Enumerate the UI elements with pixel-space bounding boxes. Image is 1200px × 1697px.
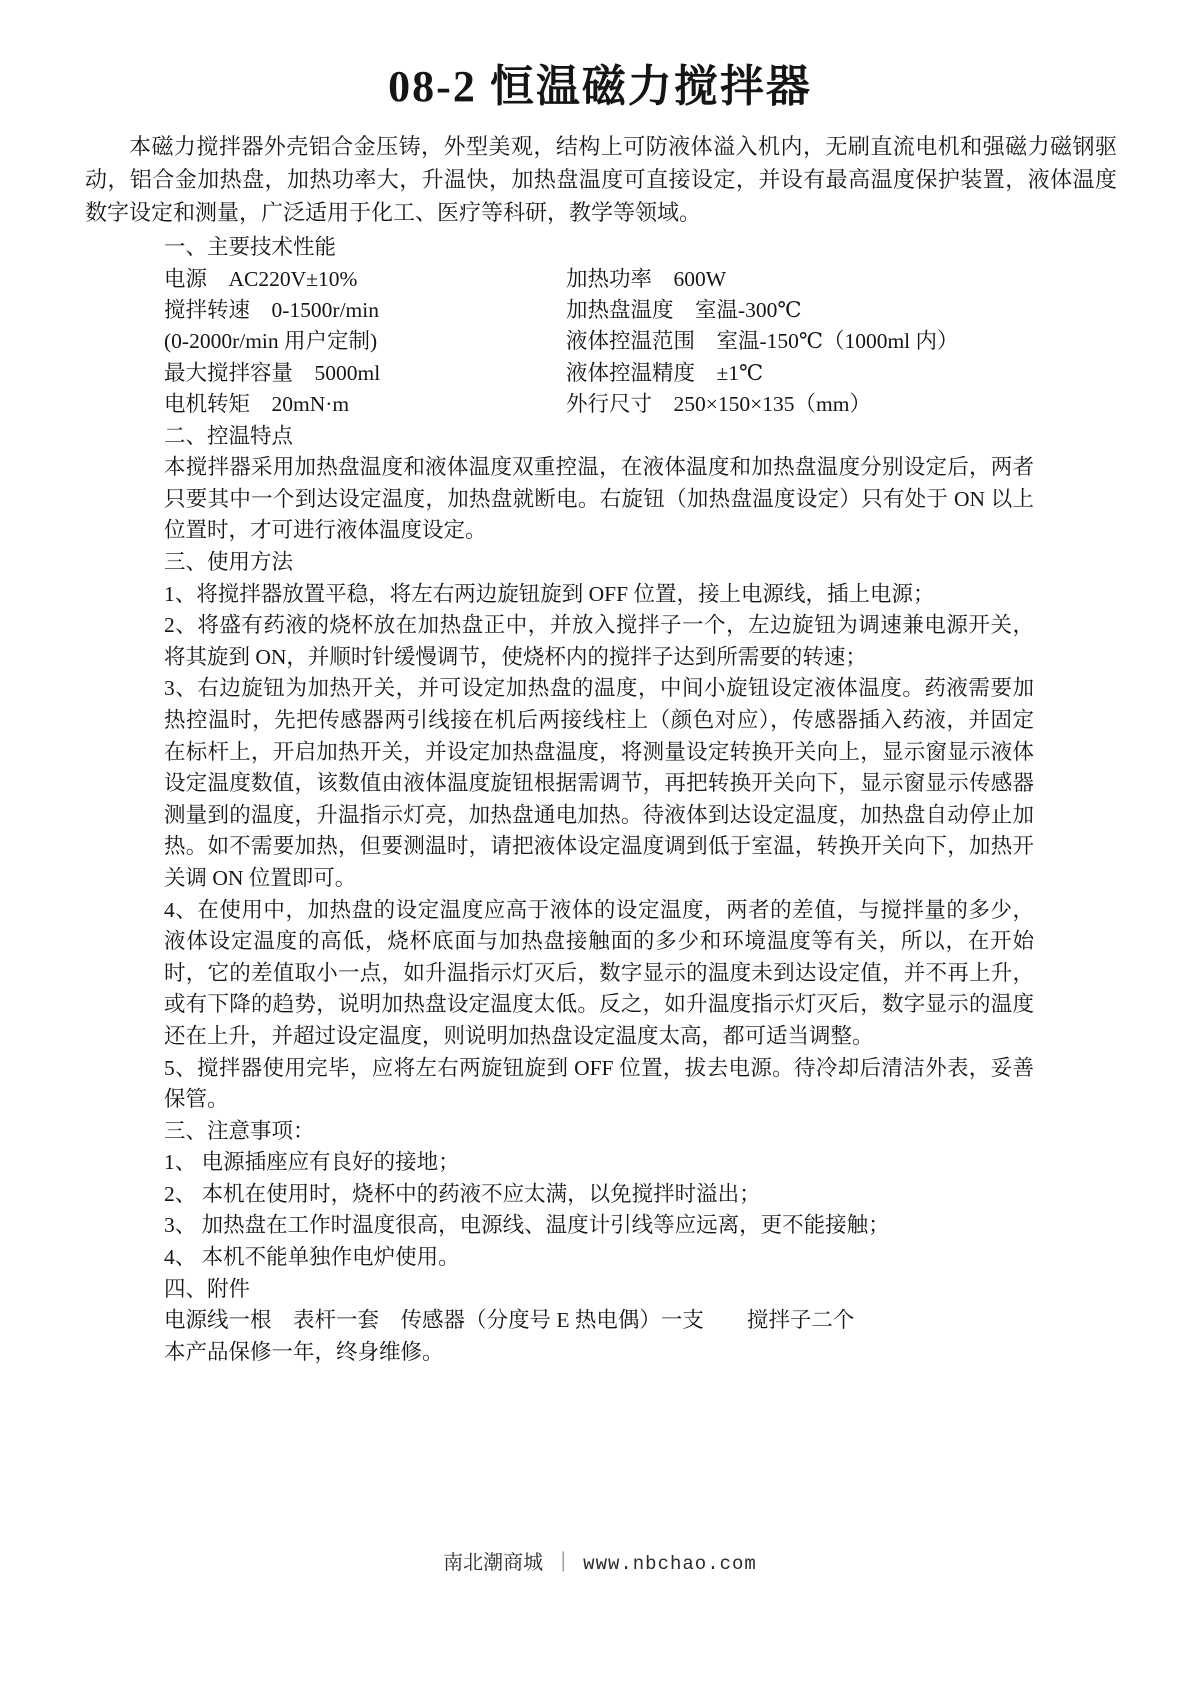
note-item: 1、 电源插座应有良好的接地； — [164, 1147, 1034, 1179]
document-body: 一、主要技术性能 电源 AC220V±10% 加热功率 600W 搅拌转速 0-… — [164, 232, 1034, 1368]
page-title: 08-2 恒温磁力搅拌器 — [0, 0, 1200, 116]
footer-watermark: 南北潮商城｜www.nbchao.com — [0, 1548, 1200, 1579]
note-item: 4、 本机不能单独作电炉使用。 — [164, 1242, 1034, 1274]
usage-item: 3、右边旋钮为加热开关，并可设定加热盘的温度，中间小旋钮设定液体温度。药液需要加… — [164, 673, 1034, 894]
usage-item: 2、将盛有药液的烧杯放在加热盘正中，并放入搅拌子一个，左边旋钮为调速兼电源开关，… — [164, 610, 1034, 673]
spec-cell-right: 加热功率 600W — [566, 264, 1034, 295]
warranty-line: 本产品保修一年，终身维修。 — [164, 1337, 1034, 1369]
spec-cell-left: 电机转矩 20mN·m — [164, 389, 566, 420]
usage-item: 4、在使用中，加热盘的设定温度应高于液体的设定温度，两者的差值，与搅拌量的多少，… — [164, 895, 1034, 1053]
spec-row: 电机转矩 20mN·m 外行尺寸 250×150×135（mm） — [164, 389, 1034, 420]
section-heading-specs: 一、主要技术性能 — [164, 232, 1034, 264]
spec-cell-left: (0-2000r/min 用户定制) — [164, 326, 566, 357]
accessories-line: 电源线一根 表杆一套 传感器（分度号 E 热电偶）一支 搅拌子二个 — [164, 1305, 1034, 1337]
spec-row: 电源 AC220V±10% 加热功率 600W — [164, 264, 1034, 295]
spec-cell-right: 加热盘温度 室温-300℃ — [566, 295, 1034, 326]
spec-cell-right: 外行尺寸 250×150×135（mm） — [566, 389, 1034, 420]
spec-row: 最大搅拌容量 5000ml 液体控温精度 ±1℃ — [164, 358, 1034, 389]
spec-table: 电源 AC220V±10% 加热功率 600W 搅拌转速 0-1500r/min… — [164, 264, 1034, 421]
note-item: 3、 加热盘在工作时温度很高，电源线、温度计引线等应远离，更不能接触； — [164, 1210, 1034, 1242]
usage-item: 5、搅拌器使用完毕，应将左右两旋钮旋到 OFF 位置，拔去电源。待冷却后清洁外表… — [164, 1053, 1034, 1116]
spec-row: 搅拌转速 0-1500r/min 加热盘温度 室温-300℃ — [164, 295, 1034, 326]
note-item: 2、 本机在使用时，烧杯中的药液不应太满，以免搅拌时溢出； — [164, 1179, 1034, 1211]
footer-divider: ｜ — [553, 1548, 573, 1578]
spec-cell-right: 液体控温精度 ±1℃ — [566, 358, 1034, 389]
spec-cell-left: 最大搅拌容量 5000ml — [164, 358, 566, 389]
footer-url: www.nbchao.com — [583, 1553, 757, 1575]
section-heading-usage: 三、使用方法 — [164, 547, 1034, 579]
section-heading-notes: 三、注意事项： — [164, 1116, 1034, 1148]
intro-paragraph: 本磁力搅拌器外壳铝合金压铸，外型美观，结构上可防液体溢入机内，无刷直流电机和强磁… — [85, 130, 1117, 229]
spec-cell-right: 液体控温范围 室温-150℃（1000ml 内） — [566, 326, 1034, 357]
section-heading-temp-control: 二、控温特点 — [164, 421, 1034, 453]
spec-row: (0-2000r/min 用户定制) 液体控温范围 室温-150℃（1000ml… — [164, 326, 1034, 357]
spec-cell-left: 搅拌转速 0-1500r/min — [164, 295, 566, 326]
section-heading-accessories: 四、附件 — [164, 1274, 1034, 1306]
document-page: 08-2 恒温磁力搅拌器 本磁力搅拌器外壳铝合金压铸，外型美观，结构上可防液体溢… — [0, 0, 1200, 1697]
spec-cell-left: 电源 AC220V±10% — [164, 264, 566, 295]
footer-brand: 南北潮商城 — [443, 1552, 543, 1574]
usage-item: 1、将搅拌器放置平稳，将左右两边旋钮旋到 OFF 位置，接上电源线，插上电源； — [164, 579, 1034, 611]
temp-control-paragraph: 本搅拌器采用加热盘温度和液体温度双重控温，在液体温度和加热盘温度分别设定后，两者… — [164, 452, 1034, 547]
